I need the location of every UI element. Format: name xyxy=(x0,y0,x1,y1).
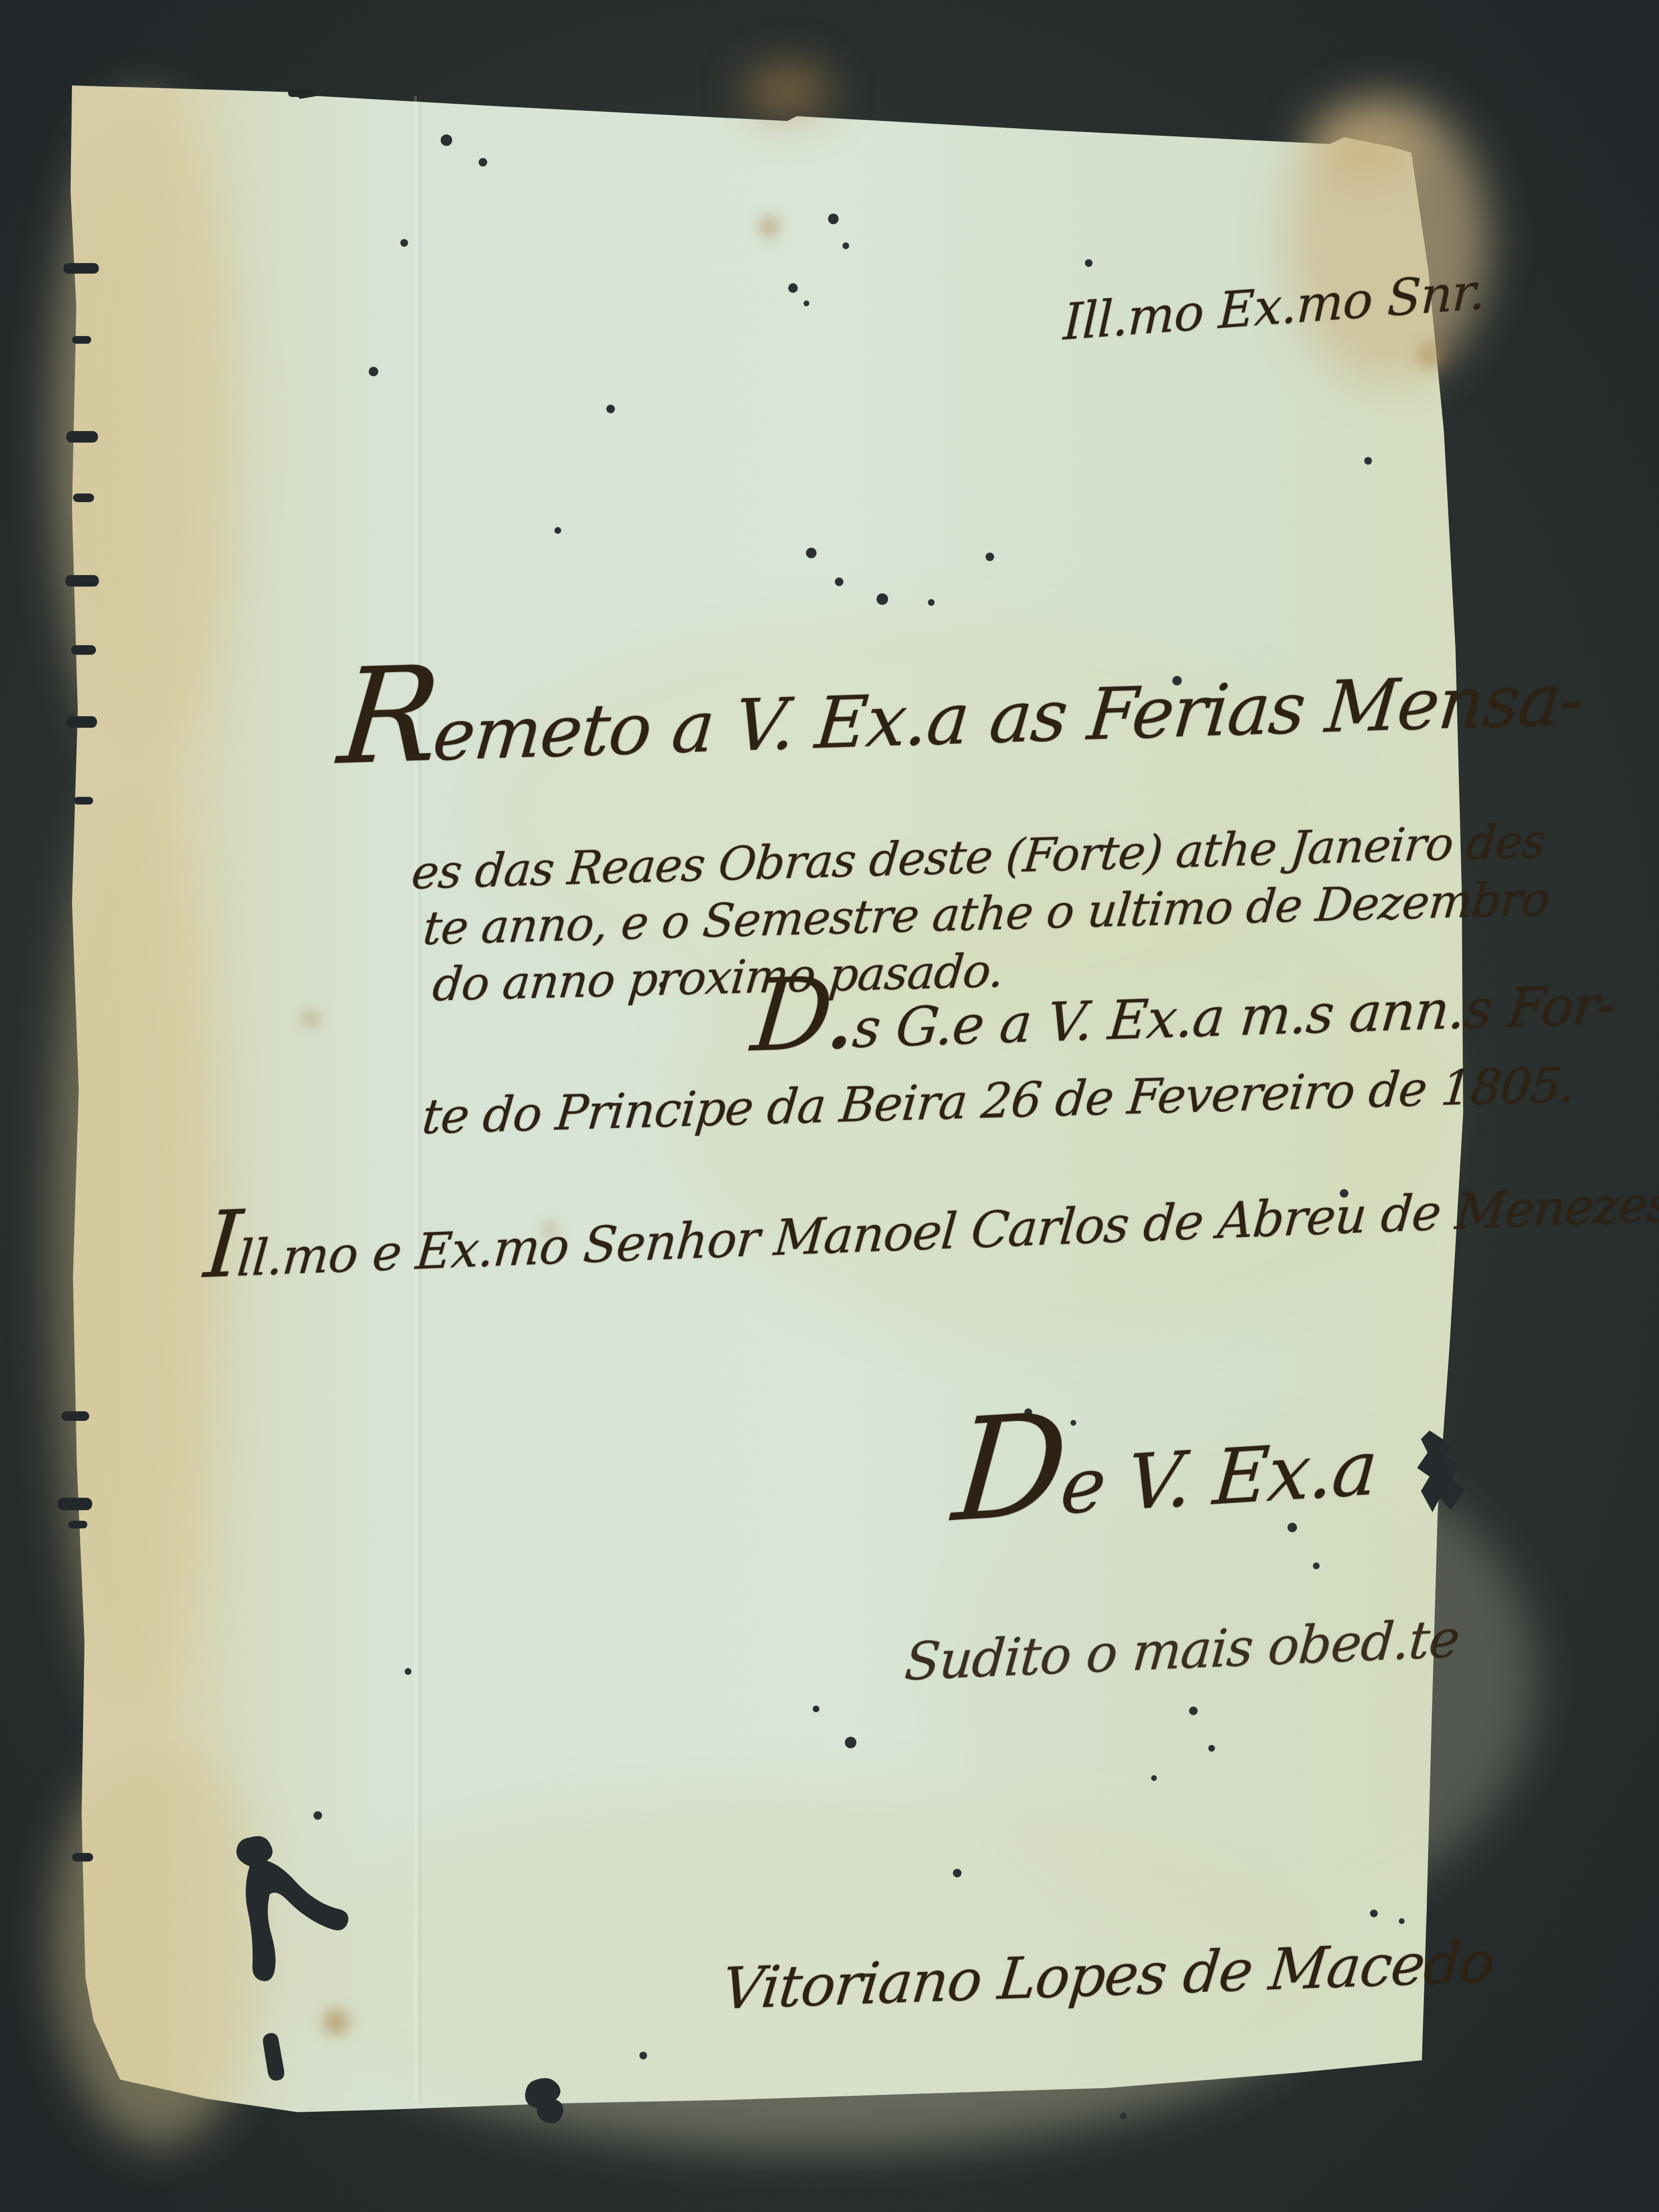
photograph-of-letter: Ill.mo Ex.mo Snr. Remeto a V. Ex.a as Fe… xyxy=(0,0,1659,2212)
